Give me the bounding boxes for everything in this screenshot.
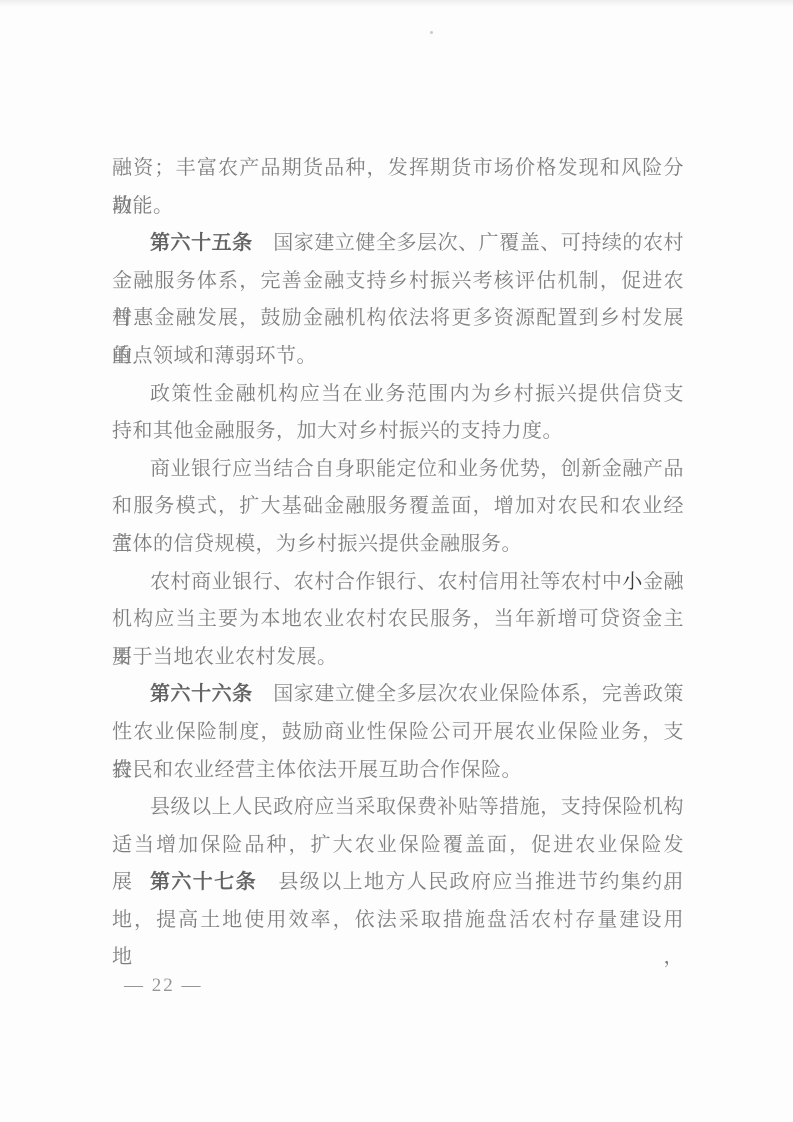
body-text: 功能。 [112,195,174,217]
text-line: 性农业保险制度，鼓励商业性保险公司开展农业保险业务，支持 [112,714,684,752]
text-line: 主体的信贷规模，为乡村振兴提供金融服务。 [112,526,684,564]
article-66-number: 第六十六条 [150,683,253,705]
body-text-block: 融资；丰富农产品期货品种，发挥期货市场价格发现和风险分散 功能。 第六十五条 国… [112,150,684,939]
text-line: 普惠金融发展，鼓励金融机构依法将更多资源配置到乡村发展的 [112,300,684,338]
body-text: 农村商业银行、农村合作银行、农村信用社等农村中 [150,571,622,593]
article-67-number: 第六十七条 [150,871,257,893]
text-line: 机构应当主要为本地农业农村农民服务，当年新增可贷资金主要 [112,601,684,639]
text-line: 金融服务体系，完善金融支持乡村振兴考核评估机制，促进农村 [112,263,684,301]
body-text: 国家建立健全多层次、广覆盖、可持续的农村 [253,232,684,254]
text-line: 第六十六条 国家建立健全多层次农业保险体系，完善政策 [112,676,684,714]
text-line: 重点领域和薄弱环节。 [112,338,684,376]
text-line: 融资；丰富农产品期货品种，发挥期货市场价格发现和风险分散 [112,150,684,188]
body-text: 持和其他金融服务，加大对乡村振兴的支持力度。 [112,420,563,442]
page-number: — 22 — [124,972,203,1000]
scan-artifact-speck [430,31,433,34]
body-text: 地，提高土地使用效率，依法采取措施盘活农村存量建设用地， [112,909,684,969]
scan-artifact-top-edge [0,0,793,7]
body-text: 县级以上人民政府应当采取保费补贴等措施，支持保险机构 [150,796,684,818]
text-line: 第六十五条 国家建立健全多层次、广覆盖、可持续的农村 [112,225,684,263]
text-line: 第六十七条 县级以上地方人民政府应当推进节约集约用 [112,864,684,902]
body-text-dark-character: 小 [622,571,643,593]
body-text: 县级以上地方人民政府应当推进节约集约用 [257,871,684,893]
text-line: 商业银行应当结合自身职能定位和业务优势，创新金融产品 [112,451,684,489]
text-line: 持和其他金融服务，加大对乡村振兴的支持力度。 [112,413,684,451]
document-page: 融资；丰富农产品期货品种，发挥期货市场价格发现和风险分散 功能。 第六十五条 国… [0,0,793,1122]
body-text: 金融 [643,571,684,593]
text-line: 和服务模式，扩大基础金融服务覆盖面，增加对农民和农业经营 [112,488,684,526]
body-text: 主体的信贷规模，为乡村振兴提供金融服务。 [112,533,522,555]
text-line: 用于当地农业农村发展。 [112,639,684,677]
body-text: 农民和农业经营主体依法开展互助合作保险。 [112,759,522,781]
article-65-number: 第六十五条 [150,232,253,254]
text-line: 县级以上人民政府应当采取保费补贴等措施，支持保险机构 [112,789,684,827]
text-line: 功能。 [112,188,684,226]
text-line: 政策性金融机构应当在业务范围内为乡村振兴提供信贷支 [112,376,684,414]
body-text: 重点领域和薄弱环节。 [112,345,317,367]
text-line: 农村商业银行、农村合作银行、农村信用社等农村中小金融 [112,564,684,602]
body-text: 用于当地农业农村发展。 [112,646,338,668]
body-text: 国家建立健全多层次农业保险体系，完善政策 [253,683,684,705]
text-line: 农民和农业经营主体依法开展互助合作保险。 [112,752,684,790]
text-line: 适当增加保险品种，扩大农业保险覆盖面，促进农业保险发展。 [112,827,684,865]
body-text: 商业银行应当结合自身职能定位和业务优势，创新金融产品 [150,458,684,480]
body-text: 政策性金融机构应当在业务范围内为乡村振兴提供信贷支 [150,383,684,405]
text-line: 地，提高土地使用效率，依法采取措施盘活农村存量建设用地， [112,902,684,940]
